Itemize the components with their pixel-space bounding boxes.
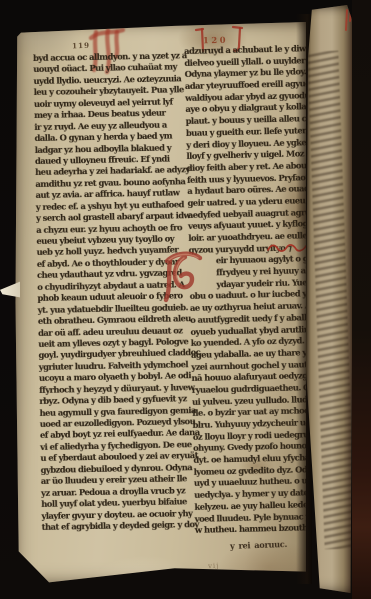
manuscript-page: 119 120 byd accua oc allmdyon. y na yzet… bbox=[14, 22, 306, 584]
catchword: y rei aoruuc. bbox=[230, 539, 287, 551]
book-cover-edge bbox=[352, 0, 371, 599]
quire-signature: vij bbox=[208, 562, 220, 570]
facing-page-edge bbox=[305, 5, 354, 593]
facing-page-text-blur bbox=[307, 51, 355, 550]
bookmark-tab bbox=[0, 281, 20, 298]
folio-number-right: 120 bbox=[203, 35, 228, 45]
decorated-initial-T bbox=[163, 249, 205, 309]
manuscript-photo: 119 120 byd accua oc allmdyon. y na yzet… bbox=[0, 0, 371, 599]
manuscript-line: that ef agrybidla y deyded geigr. y doy bbox=[42, 519, 194, 533]
